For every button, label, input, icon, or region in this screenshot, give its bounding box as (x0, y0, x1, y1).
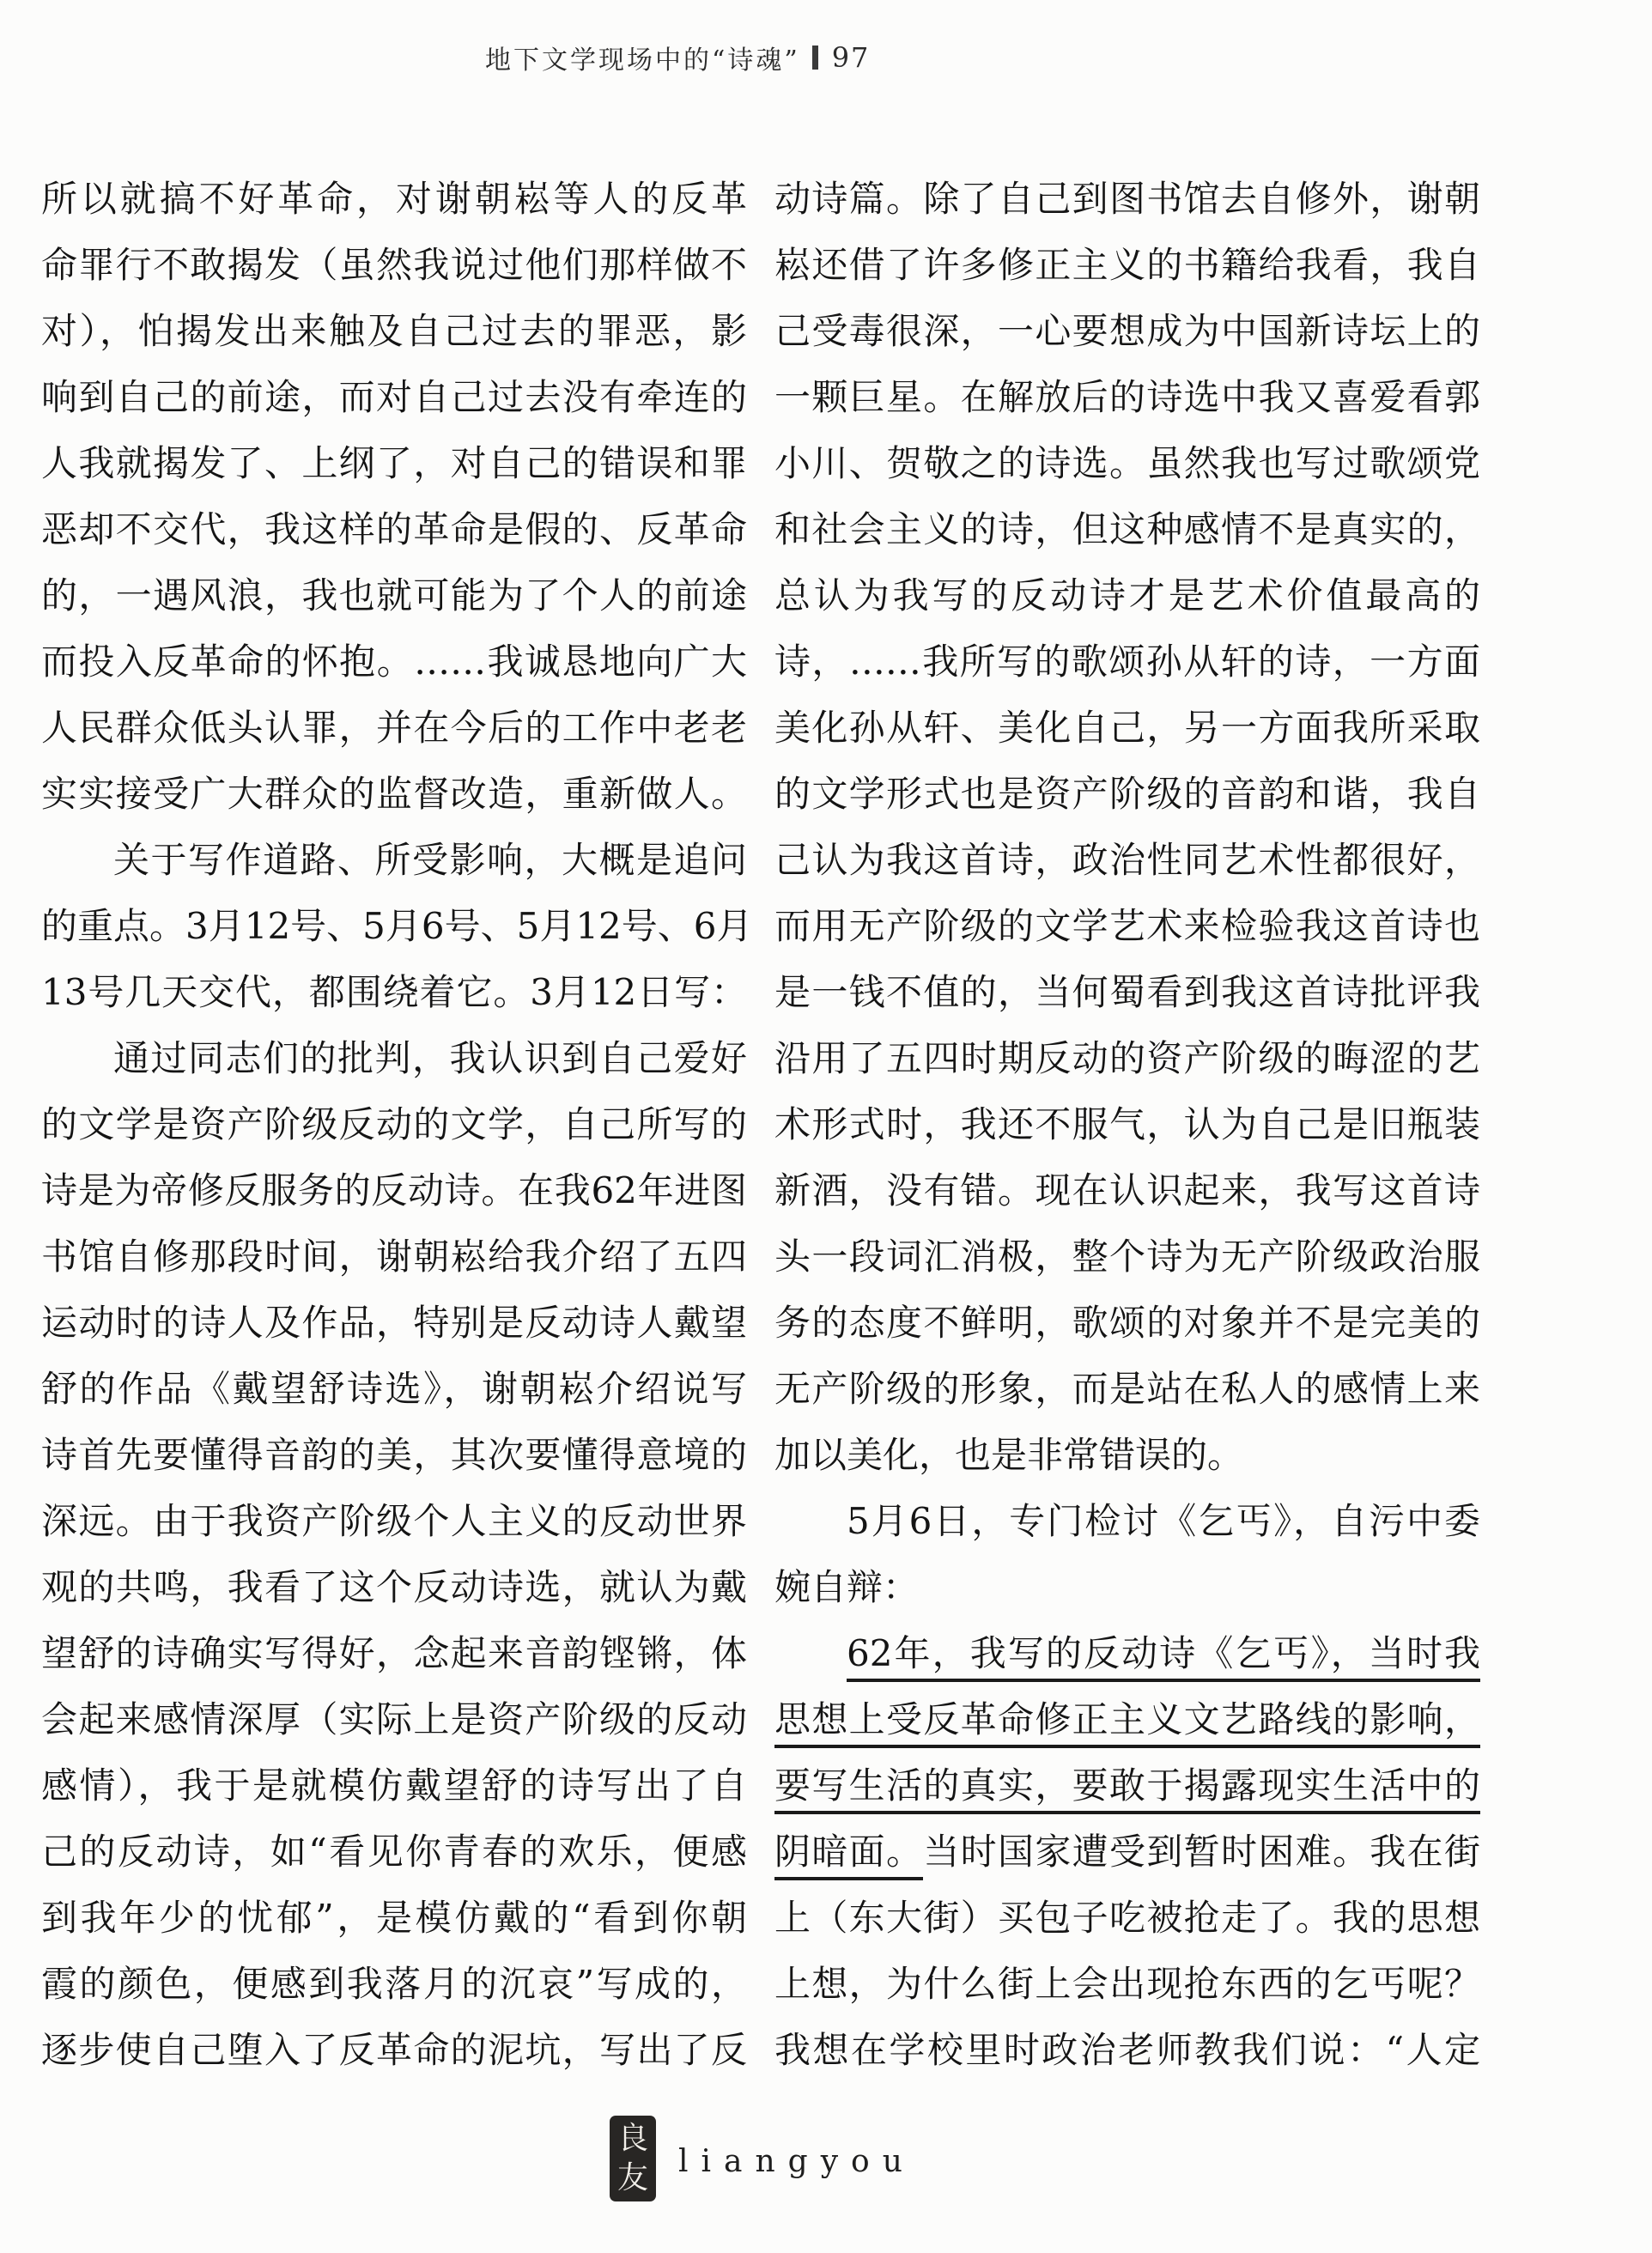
text-line: 到我年少的忧郁”，是模仿戴的“看到你朝 (41, 1885, 747, 1951)
text-segment: 头一段词汇消极，整个诗为无产阶级政治服 (774, 1236, 1480, 1278)
text-segment: 诗，……我所写的歌颂孙从轩的诗，一方面 (774, 641, 1480, 683)
text-segment: 上（东大街）买包子吃被抢走了。我的思想 (774, 1897, 1480, 1939)
text-segment: 无产阶级的形象，而是站在私人的感情上来 (774, 1368, 1480, 1410)
text-line: 舒的作品《戴望舒诗选》，谢朝崧介绍说写 (41, 1356, 747, 1422)
text-line: 的，一遇风浪，我也就可能为了个人的前途 (41, 562, 747, 629)
text-segment: 命罪行不敢揭发（虽然我说过他们那样做不 (41, 244, 747, 286)
text-segment: 己认为我这首诗，政治性同艺术性都很好， (774, 839, 1480, 881)
text-line: 深远。由于我资产阶级个人主义的反动世界 (41, 1488, 747, 1554)
liangyou-seal-logo: 良 友 (610, 2116, 656, 2201)
text-line: 己受毒很深，一心要想成为中国新诗坛上的 (774, 298, 1480, 364)
text-line: 要写生活的真实，要敢于揭露现实生活中的 (774, 1752, 1480, 1819)
text-line: 观的共鸣，我看了这个反动诗选，就认为戴 (41, 1554, 747, 1620)
text-segment: 一颗巨星。在解放后的诗选中我又喜爱看郭 (774, 376, 1480, 418)
text-line: 所以就搞不好革命，对谢朝崧等人的反革 (41, 166, 747, 232)
text-segment: 运动时的诗人及作品，特别是反动诗人戴望 (41, 1302, 747, 1344)
text-segment: 所以就搞不好革命，对谢朝崧等人的反革 (41, 178, 747, 220)
text-segment: 而投入反革命的怀抱。……我诚恳地向广大 (41, 641, 747, 683)
text-line: 我想在学校里时政治老师教我们说：“人定 (774, 2017, 1480, 2083)
text-line: 沿用了五四时期反动的资产阶级的晦涩的艺 (774, 1025, 1480, 1091)
text-segment: 到我年少的忧郁”，是模仿戴的“看到你朝 (41, 1897, 747, 1939)
text-segment: 关于写作道路、所受影响，大概是追问 (113, 839, 747, 881)
text-line: 己的反动诗，如“看见你青春的欢乐，便感 (41, 1819, 747, 1885)
text-line: 的重点。3月12号、5月6号、5月12号、6月 (41, 893, 747, 959)
text-line: 运动时的诗人及作品，特别是反动诗人戴望 (41, 1290, 747, 1356)
text-line: 响到自己的前途，而对自己过去没有牵连的 (41, 364, 747, 430)
text-segment: 崧还借了许多修正主义的书籍给我看，我自 (774, 244, 1480, 286)
text-line: 关于写作道路、所受影响，大概是追问 (41, 827, 747, 893)
text-segment: 5月6日，专门检讨《乞丐》，自污中委 (847, 1500, 1480, 1542)
text-segment: 逐步使自己堕入了反革命的泥坑，写出了反 (41, 2029, 747, 2071)
liangyou-wordmark: liangyou (678, 2144, 915, 2179)
text-line: 13号几天交代，都围绕着它。3月12日写： (41, 959, 747, 1025)
text-line: 一颗巨星。在解放后的诗选中我又喜爱看郭 (774, 364, 1480, 430)
header-divider-bar (812, 46, 818, 70)
text-segment: 诗首先要懂得音韵的美，其次要懂得意境的 (41, 1434, 747, 1476)
text-line: 诗，……我所写的歌颂孙从轩的诗，一方面 (774, 629, 1480, 695)
text-line: 新酒，没有错。现在认识起来，我写这首诗 (774, 1157, 1480, 1224)
text-segment: 感情），我于是就模仿戴望舒的诗写出了自 (41, 1764, 747, 1807)
text-line: 人我就揭发了、上纲了，对自己的错误和罪 (41, 430, 747, 496)
text-segment: 实实接受广大群众的监督改造，重新做人。 (41, 773, 747, 815)
text-line: 62年，我写的反动诗《乞丐》，当时我 (774, 1620, 1480, 1686)
seal-char-bottom: 友 (617, 2159, 648, 2198)
text-line: 上（东大街）买包子吃被抢走了。我的思想 (774, 1885, 1480, 1951)
page-header: 地下文学现场中的“诗魂” 97 (485, 39, 870, 76)
text-segment: 会起来感情深厚（实际上是资产阶级的反动 (41, 1698, 747, 1740)
text-segment: 己的反动诗，如“看见你青春的欢乐，便感 (41, 1831, 747, 1873)
text-line: 人民群众低头认罪，并在今后的工作中老老 (41, 695, 747, 761)
seal-char-top: 良 (617, 2119, 648, 2159)
running-title: 地下文学现场中的“诗魂” (485, 39, 800, 76)
text-line: 望舒的诗确实写得好，念起来音韵铿锵，体 (41, 1620, 747, 1686)
text-line: 会起来感情深厚（实际上是资产阶级的反动 (41, 1686, 747, 1752)
text-segment: 的重点。3月12号、5月6号、5月12号、6月 (41, 905, 753, 947)
text-line: 总认为我写的反动诗才是艺术价值最高的 (774, 562, 1480, 629)
text-segment: 舒的作品《戴望舒诗选》，谢朝崧介绍说写 (41, 1368, 747, 1410)
underlined-text-segment: 要写生活的真实，要敢于揭露现实生活中的 (774, 1764, 1480, 1814)
text-line: 美化孙从轩、美化自己，另一方面我所采取 (774, 695, 1480, 761)
underlined-text-segment: 阴暗面。 (774, 1831, 923, 1880)
page-number: 97 (832, 41, 871, 74)
text-line: 和社会主义的诗，但这种感情不是真实的， (774, 496, 1480, 562)
text-line: 的文学形式也是资产阶级的音韵和谐，我自 (774, 761, 1480, 827)
text-line: 实实接受广大群众的监督改造，重新做人。 (41, 761, 747, 827)
text-segment: 己受毒很深，一心要想成为中国新诗坛上的 (774, 310, 1480, 352)
text-segment: 书馆自修那段时间，谢朝崧给我介绍了五四 (41, 1236, 747, 1278)
text-segment: 而用无产阶级的文学艺术来检验我这首诗也 (774, 905, 1480, 947)
text-line: 的文学是资产阶级反动的文学，自己所写的 (41, 1091, 747, 1157)
text-segment: 恶却不交代，我这样的革命是假的、反革命 (41, 508, 747, 550)
text-segment: 诗是为帝修反服务的反动诗。在我62年进图 (41, 1169, 747, 1212)
text-segment: 上想，为什么街上会出现抢东西的乞丐呢？ (774, 1963, 1480, 2005)
text-line: 无产阶级的形象，而是站在私人的感情上来 (774, 1356, 1480, 1422)
text-line: 诗是为帝修反服务的反动诗。在我62年进图 (41, 1157, 747, 1224)
text-segment: 沿用了五四时期反动的资产阶级的晦涩的艺 (774, 1037, 1480, 1079)
text-line: 而投入反革命的怀抱。……我诚恳地向广大 (41, 629, 747, 695)
text-line: 婉自辩： (774, 1554, 1480, 1620)
text-line: 是一钱不值的，当何蜀看到我这首诗批评我 (774, 959, 1480, 1025)
text-line: 上想，为什么街上会出现抢东西的乞丐呢？ (774, 1951, 1480, 2017)
text-line: 而用无产阶级的文学艺术来检验我这首诗也 (774, 893, 1480, 959)
text-line: 通过同志们的批判，我认识到自己爱好 (41, 1025, 747, 1091)
text-segment: 霞的颜色，便感到我落月的沉哀”写成的， (41, 1963, 747, 2005)
text-line: 动诗篇。除了自己到图书馆去自修外，谢朝 (774, 166, 1480, 232)
text-segment: 务的态度不鲜明，歌颂的对象并不是完美的 (774, 1302, 1480, 1344)
text-segment: 深远。由于我资产阶级个人主义的反动世界 (41, 1500, 747, 1542)
text-line: 逐步使自己堕入了反革命的泥坑，写出了反 (41, 2017, 747, 2083)
text-segment: 美化孙从轩、美化自己，另一方面我所采取 (774, 707, 1480, 749)
text-segment: 是一钱不值的，当何蜀看到我这首诗批评我 (774, 971, 1480, 1013)
text-line: 书馆自修那段时间，谢朝崧给我介绍了五四 (41, 1224, 747, 1290)
text-line: 思想上受反革命修正主义文艺路线的影响， (774, 1686, 1480, 1752)
text-segment: 小川、贺敬之的诗选。虽然我也写过歌颂党 (774, 442, 1480, 484)
underlined-text-segment: 思想上受反革命修正主义文艺路线的影响， (774, 1698, 1480, 1748)
text-segment: 响到自己的前途，而对自己过去没有牵连的 (41, 376, 747, 418)
text-line: 恶却不交代，我这样的革命是假的、反革命 (41, 496, 747, 562)
text-segment: 人我就揭发了、上纲了，对自己的错误和罪 (41, 442, 747, 484)
text-line: 务的态度不鲜明，歌颂的对象并不是完美的 (774, 1290, 1480, 1356)
text-segment: 新酒，没有错。现在认识起来，我写这首诗 (774, 1169, 1480, 1212)
text-line: 术形式时，我还不服气，认为自己是旧瓶装 (774, 1091, 1480, 1157)
text-line: 阴暗面。当时国家遭受到暂时困难。我在街 (774, 1819, 1480, 1885)
text-line: 霞的颜色，便感到我落月的沉哀”写成的， (41, 1951, 747, 2017)
text-segment: 动诗篇。除了自己到图书馆去自修外，谢朝 (774, 178, 1480, 220)
text-line: 诗首先要懂得音韵的美，其次要懂得意境的 (41, 1422, 747, 1488)
text-segment: 通过同志们的批判，我认识到自己爱好 (113, 1037, 747, 1079)
scanned-book-page: 地下文学现场中的“诗魂” 97 所以就搞不好革命，对谢朝崧等人的反革命罪行不敢揭… (0, 0, 1652, 2253)
text-line: 感情），我于是就模仿戴望舒的诗写出了自 (41, 1752, 747, 1819)
text-segment: 术形式时，我还不服气，认为自己是旧瓶装 (774, 1103, 1480, 1145)
text-segment: 和社会主义的诗，但这种感情不是真实的， (774, 508, 1480, 550)
text-segment: 的文学是资产阶级反动的文学，自己所写的 (41, 1103, 747, 1145)
text-segment: 婉自辩： (774, 1566, 919, 1608)
text-segment: 人民群众低头认罪，并在今后的工作中老老 (41, 707, 747, 749)
text-line: 加以美化，也是非常错误的。 (774, 1422, 1480, 1488)
text-line: 5月6日，专门检讨《乞丐》，自污中委 (774, 1488, 1480, 1554)
text-segment: 的，一遇风浪，我也就可能为了个人的前途 (41, 574, 747, 616)
text-column-left: 所以就搞不好革命，对谢朝崧等人的反革命罪行不敢揭发（虽然我说过他们那样做不对），… (41, 166, 747, 2083)
text-line: 命罪行不敢揭发（虽然我说过他们那样做不 (41, 232, 747, 298)
underlined-text-segment: 62年，我写的反动诗《乞丐》，当时我 (847, 1632, 1480, 1682)
text-line: 对），怕揭发出来触及自己过去的罪恶，影 (41, 298, 747, 364)
text-line: 己认为我这首诗，政治性同艺术性都很好， (774, 827, 1480, 893)
text-segment: 我想在学校里时政治老师教我们说：“人定 (774, 2029, 1480, 2071)
text-segment: 观的共鸣，我看了这个反动诗选，就认为戴 (41, 1566, 747, 1608)
text-segment: 13号几天交代，都围绕着它。3月12日写： (41, 971, 747, 1013)
text-segment: 对），怕揭发出来触及自己过去的罪恶，影 (41, 310, 747, 352)
text-line: 崧还借了许多修正主义的书籍给我看，我自 (774, 232, 1480, 298)
text-line: 小川、贺敬之的诗选。虽然我也写过歌颂党 (774, 430, 1480, 496)
text-column-right: 动诗篇。除了自己到图书馆去自修外，谢朝崧还借了许多修正主义的书籍给我看，我自己受… (774, 166, 1480, 2083)
text-line: 头一段词汇消极，整个诗为无产阶级政治服 (774, 1224, 1480, 1290)
text-segment: 的文学形式也是资产阶级的音韵和谐，我自 (774, 773, 1480, 815)
text-segment: 加以美化，也是非常错误的。 (774, 1434, 1243, 1476)
text-segment: 当时国家遭受到暂时困难。我在街 (923, 1831, 1480, 1873)
text-segment: 望舒的诗确实写得好，念起来音韵铿锵，体 (41, 1632, 747, 1674)
text-segment: 总认为我写的反动诗才是艺术价值最高的 (774, 574, 1480, 616)
